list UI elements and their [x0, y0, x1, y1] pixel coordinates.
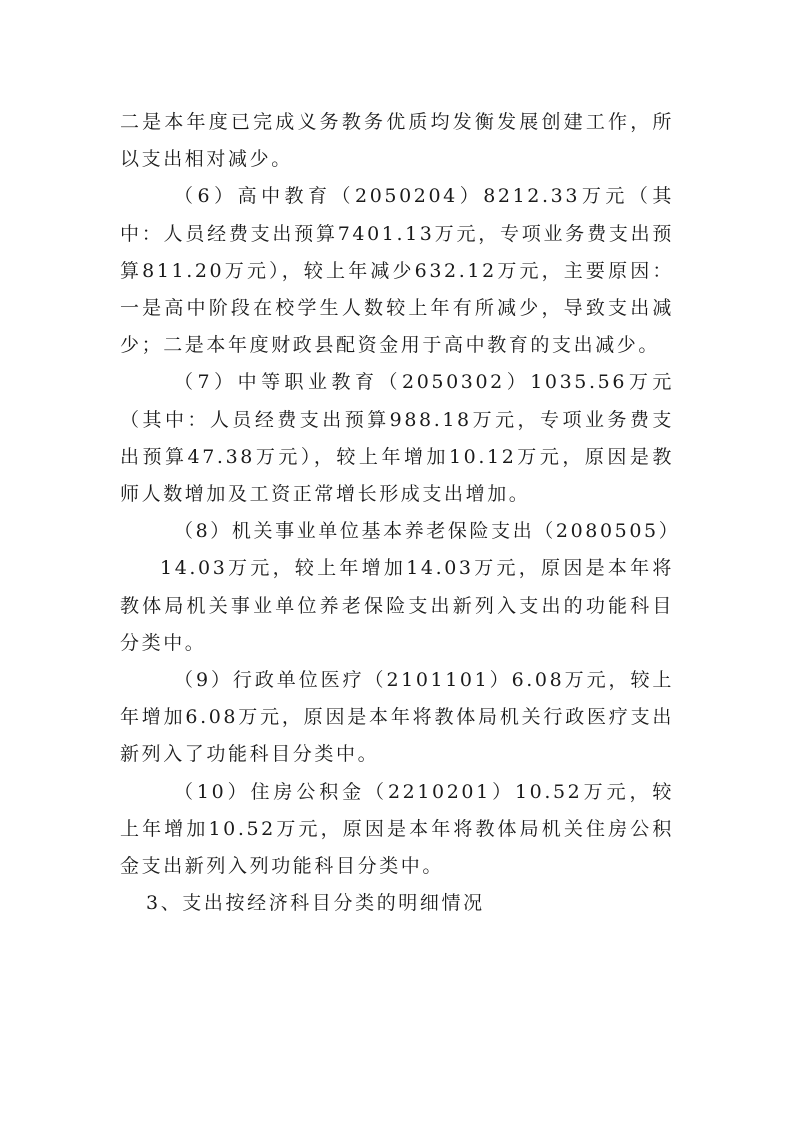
- paragraph-item-8-title: （8）机关事业单位基本养老保险支出（2080505）: [120, 513, 674, 550]
- paragraph-item-7: （7）中等职业教育（2050302）1035.56万元（其中：人员经费支出预算9…: [120, 364, 674, 513]
- paragraph-item-10: （10）住房公积金（2210201）10.52万元，较上年增加10.52万元，原…: [120, 774, 674, 886]
- paragraph-item-6: （6）高中教育（2050204）8212.33万元（其中：人员经费支出预算740…: [120, 178, 674, 364]
- document-page: 二是本年度已完成义务教务优质均发衡发展创建工作，所以支出相对减少。 （6）高中教…: [120, 104, 674, 922]
- paragraph-item-8-body: 14.03万元，较上年增加14.03万元，原因是本年将教体局机关事业单位养老保险…: [120, 550, 674, 662]
- paragraph-item-9: （9）行政单位医疗（2101101）6.08万元，较上年增加6.08万元，原因是…: [120, 662, 674, 774]
- section-heading-3: 3、支出按经济科目分类的明细情况: [120, 885, 674, 922]
- paragraph-continued: 二是本年度已完成义务教务优质均发衡发展创建工作，所以支出相对减少。: [120, 104, 674, 178]
